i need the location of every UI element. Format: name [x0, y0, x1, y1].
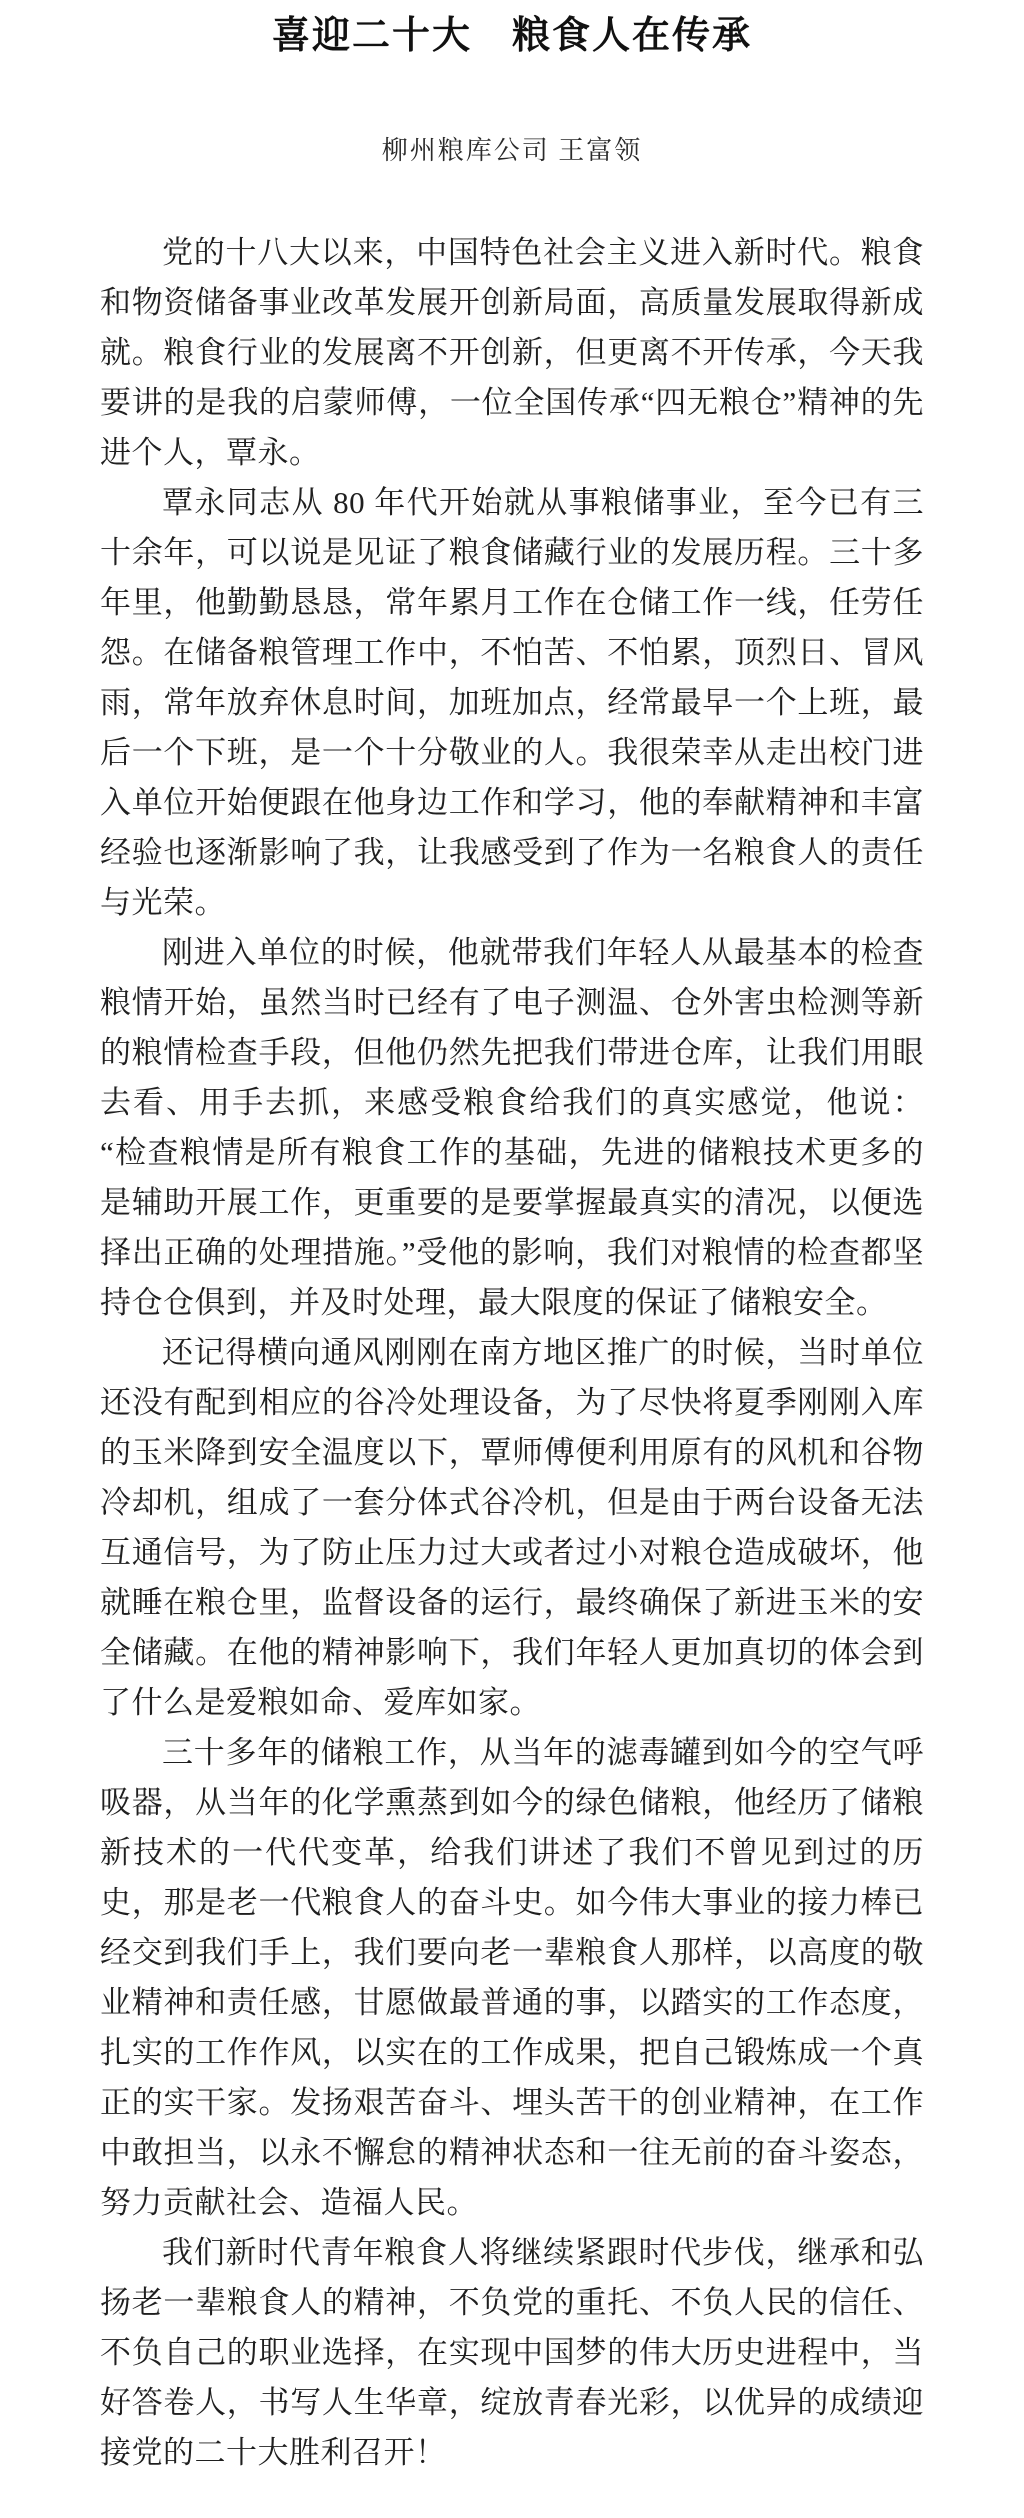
body-paragraph: 还记得横向通风刚刚在南方地区推广的时候，当时单位还没有配到相应的谷冷处理设备，为… — [100, 1328, 924, 1728]
body-paragraph: 我们新时代青年粮食人将继续紧跟时代步伐，继承和弘扬老一辈粮食人的精神，不负党的重… — [100, 2228, 924, 2478]
document-title: 喜迎二十大 粮食人在传承 — [100, 12, 924, 60]
body-paragraph: 刚进入单位的时候，他就带我们年轻人从最基本的检查粮情开始，虽然当时已经有了电子测… — [100, 928, 924, 1328]
document-body: 党的十八大以来，中国特色社会主义进入新时代。粮食和物资储备事业改革发展开创新局面… — [100, 228, 924, 2478]
document-page: 喜迎二十大 粮食人在传承 柳州粮库公司 王富领 党的十八大以来，中国特色社会主义… — [0, 0, 1024, 2518]
body-paragraph: 覃永同志从 80 年代开始就从事粮储事业，至今已有三十余年，可以说是见证了粮食储… — [100, 478, 924, 928]
author-byline: 柳州粮库公司 王富领 — [100, 134, 924, 168]
body-paragraph: 党的十八大以来，中国特色社会主义进入新时代。粮食和物资储备事业改革发展开创新局面… — [100, 228, 924, 478]
body-paragraph: 三十多年的储粮工作，从当年的滤毒罐到如今的空气呼吸器，从当年的化学熏蒸到如今的绿… — [100, 1728, 924, 2228]
